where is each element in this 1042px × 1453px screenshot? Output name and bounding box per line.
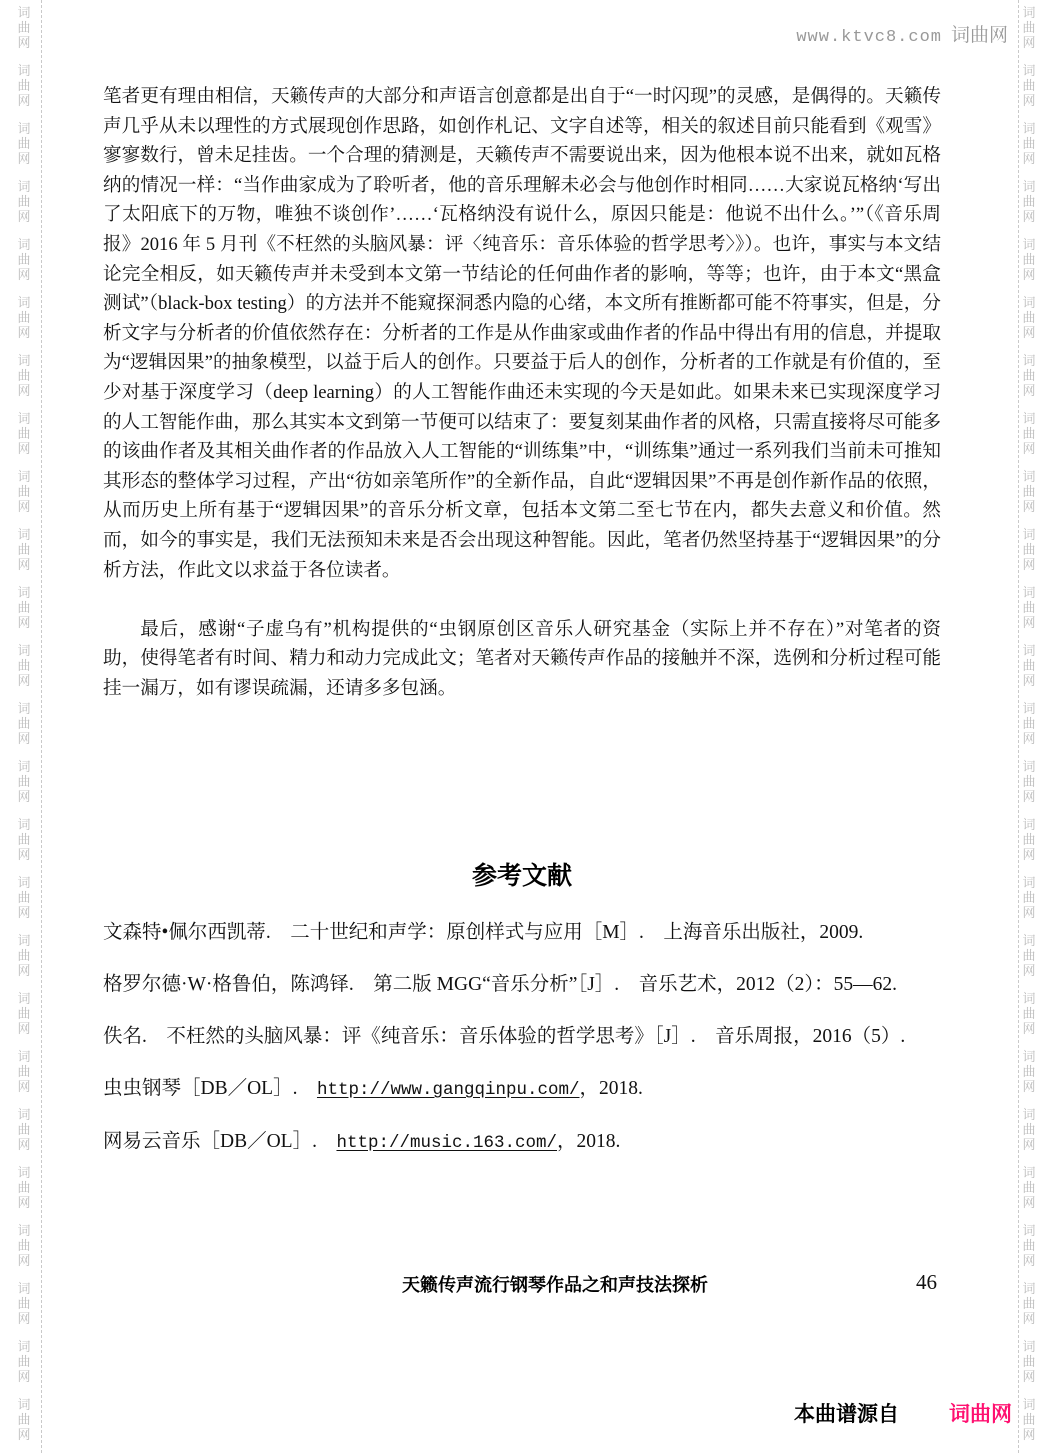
side-watermark-text: 词曲网 <box>17 295 30 340</box>
side-watermark-text: 词曲网 <box>1022 1049 1035 1094</box>
side-watermark-text: 词曲网 <box>17 179 30 224</box>
side-watermark-text: 词曲网 <box>17 585 30 630</box>
side-watermark-text: 词曲网 <box>1022 817 1035 862</box>
page-number: 46 <box>916 1270 937 1295</box>
side-watermark-right: 词曲网词曲网词曲网词曲网词曲网词曲网词曲网词曲网词曲网词曲网词曲网词曲网词曲网词… <box>1016 0 1042 1453</box>
site-name-text: 词曲网 <box>951 25 1008 46</box>
side-watermark-text: 词曲网 <box>1022 875 1035 920</box>
side-watermark-text: 词曲网 <box>17 5 30 50</box>
side-watermark-text: 词曲网 <box>17 1397 30 1442</box>
reference-text: ，2018. <box>580 1078 643 1099</box>
side-watermark-text: 词曲网 <box>1022 1397 1035 1442</box>
side-watermark-text: 词曲网 <box>1022 1339 1035 1384</box>
running-title: 天籁传声流行钢琴作品之和声技法探析 <box>68 1271 1042 1297</box>
reference-url-link[interactable]: http://www.gangqinpu.com/ <box>317 1080 580 1100</box>
reference-text: 网易云音乐［DB／OL］. <box>103 1131 336 1152</box>
reference-text: 虫虫钢琴［DB／OL］. <box>103 1078 317 1099</box>
source-note: 本曲谱源自 词曲网 <box>794 1398 1012 1428</box>
side-watermark-text: 词曲网 <box>17 817 30 862</box>
side-watermark-text: 词曲网 <box>1022 353 1035 398</box>
side-watermark-text: 词曲网 <box>17 469 30 514</box>
source-note-label: 本曲谱源自 <box>794 1398 899 1428</box>
side-watermark-text: 词曲网 <box>1022 237 1035 282</box>
side-watermark-text: 词曲网 <box>17 701 30 746</box>
side-watermark-text: 词曲网 <box>17 991 30 1036</box>
reference-item: 格罗尔德·W·格鲁伯，陈鸿铎. 第二版 MGG“音乐分析”［J］. 音乐艺术，2… <box>103 973 941 997</box>
reference-item: 佚名. 不枉然的头脑风暴：评《纯音乐：音乐体验的哲学思考》［J］. 音乐周报，2… <box>103 1025 941 1049</box>
reference-url-link[interactable]: http://music.163.com/ <box>336 1133 557 1153</box>
side-watermark-text: 词曲网 <box>1022 701 1035 746</box>
references-section: 参考文献 文森特•佩尔西凯蒂. 二十世纪和声学：原创样式与应用［M］. 上海音乐… <box>103 856 941 1183</box>
side-watermark-text: 词曲网 <box>1022 1107 1035 1152</box>
side-watermark-text: 词曲网 <box>1022 585 1035 630</box>
reference-item: 网易云音乐［DB／OL］. http://music.163.com/，2018… <box>103 1130 941 1155</box>
reference-text: 文森特•佩尔西凯蒂. 二十世纪和声学：原创样式与应用［M］. 上海音乐出版社，2… <box>103 922 863 943</box>
side-watermark-text: 词曲网 <box>1022 179 1035 224</box>
side-watermark-text: 词曲网 <box>17 63 30 108</box>
reference-text: 佚名. 不枉然的头脑风暴：评《纯音乐：音乐体验的哲学思考》［J］. 音乐周报，2… <box>103 1026 905 1047</box>
side-watermark-text: 词曲网 <box>1022 527 1035 572</box>
side-watermark-text: 词曲网 <box>17 237 30 282</box>
side-watermark-text: 词曲网 <box>1022 295 1035 340</box>
left-dashed-rule <box>41 0 42 1453</box>
reference-text: 格罗尔德·W·格鲁伯，陈鸿铎. 第二版 MGG“音乐分析”［J］. 音乐艺术，2… <box>103 974 897 995</box>
header-site-watermark: www.ktvc8.com词曲网 <box>796 20 1008 47</box>
body-paragraph: 笔者更有理由相信，天籁传声的大部分和声语言创意都是出自于“一时闪现”的灵感，是偶… <box>103 82 941 585</box>
reference-text: ，2018. <box>557 1131 620 1152</box>
side-watermark-text: 词曲网 <box>1022 1223 1035 1268</box>
side-watermark-text: 词曲网 <box>17 121 30 166</box>
side-watermark-text: 词曲网 <box>1022 411 1035 456</box>
side-watermark-text: 词曲网 <box>1022 759 1035 804</box>
side-watermark-text: 词曲网 <box>17 1165 30 1210</box>
side-watermark-text: 词曲网 <box>1022 63 1035 108</box>
side-watermark-text: 词曲网 <box>17 1107 30 1152</box>
side-watermark-text: 词曲网 <box>17 759 30 804</box>
side-watermark-text: 词曲网 <box>1022 5 1035 50</box>
side-watermark-text: 词曲网 <box>17 643 30 688</box>
reference-item: 文森特•佩尔西凯蒂. 二十世纪和声学：原创样式与应用［M］. 上海音乐出版社，2… <box>103 921 941 945</box>
side-watermark-text: 词曲网 <box>1022 933 1035 978</box>
side-watermark-text: 词曲网 <box>17 527 30 572</box>
article-body: 笔者更有理由相信，天籁传声的大部分和声语言创意都是出自于“一时闪现”的灵感，是偶… <box>103 82 941 703</box>
side-watermark-text: 词曲网 <box>17 1281 30 1326</box>
side-watermark-text: 词曲网 <box>1022 1165 1035 1210</box>
side-watermark-text: 词曲网 <box>1022 121 1035 166</box>
side-watermark-text: 词曲网 <box>17 411 30 456</box>
side-watermark-text: 词曲网 <box>17 1223 30 1268</box>
references-heading: 参考文献 <box>103 856 941 892</box>
source-site-name: 词曲网 <box>949 1398 1012 1428</box>
acknowledgement-paragraph: 最后，感谢“子虚乌有”机构提供的“虫钢原创区音乐人研究基金（实际上并不存在）”对… <box>103 615 941 704</box>
side-watermark-text: 词曲网 <box>1022 643 1035 688</box>
reference-item: 虫虫钢琴［DB／OL］. http://www.gangqinpu.com/，2… <box>103 1077 941 1102</box>
side-watermark-text: 词曲网 <box>17 1339 30 1384</box>
scanned-paper-page: 词曲网词曲网词曲网词曲网词曲网词曲网词曲网词曲网词曲网词曲网词曲网词曲网词曲网词… <box>0 0 1042 1453</box>
side-watermark-left: 词曲网词曲网词曲网词曲网词曲网词曲网词曲网词曲网词曲网词曲网词曲网词曲网词曲网词… <box>11 0 37 1453</box>
side-watermark-text: 词曲网 <box>1022 991 1035 1036</box>
side-watermark-text: 词曲网 <box>17 875 30 920</box>
side-watermark-text: 词曲网 <box>17 933 30 978</box>
site-url-text: www.ktvc8.com <box>796 28 942 47</box>
reference-list: 文森特•佩尔西凯蒂. 二十世纪和声学：原创样式与应用［M］. 上海音乐出版社，2… <box>103 921 941 1155</box>
side-watermark-text: 词曲网 <box>1022 469 1035 514</box>
side-watermark-text: 词曲网 <box>17 1049 30 1094</box>
side-watermark-text: 词曲网 <box>17 353 30 398</box>
